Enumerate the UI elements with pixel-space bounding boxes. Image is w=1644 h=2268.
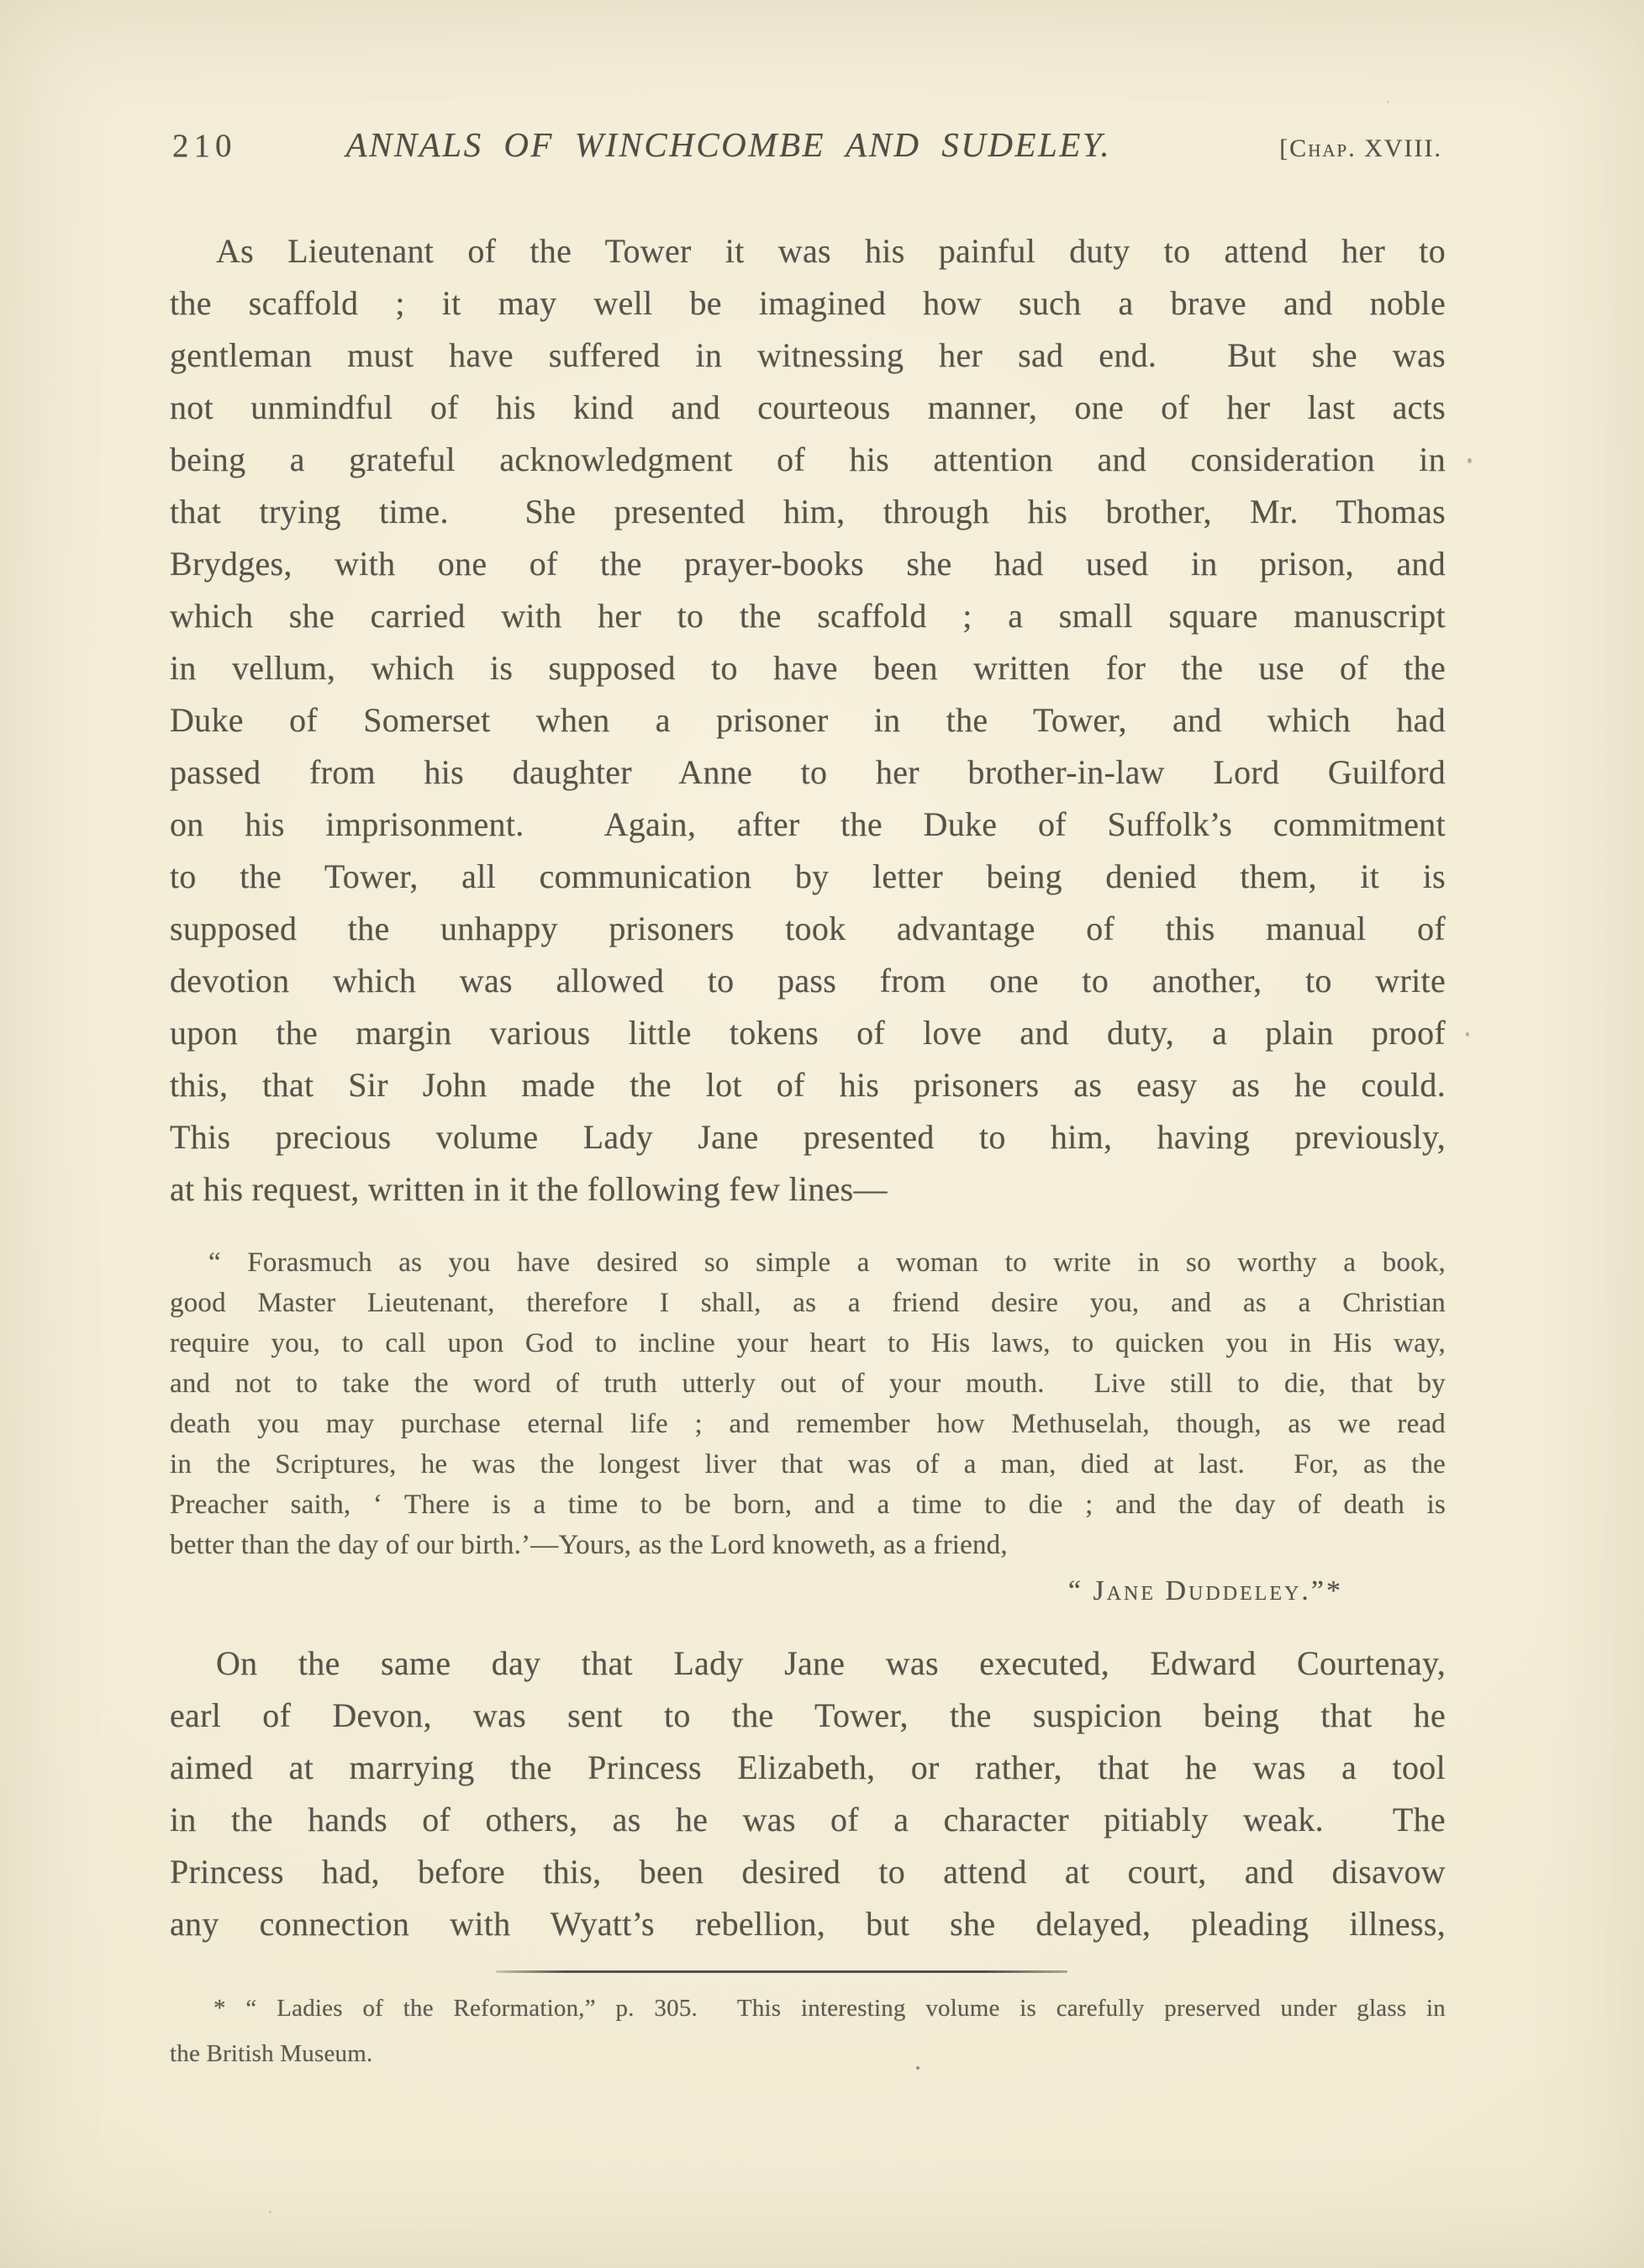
text-line: “ Forasmuch as you have desired so simpl… (170, 1242, 1446, 1283)
text-line: being a grateful acknowledgment of his a… (170, 434, 1446, 486)
text-line: any connection with Wyatt’s rebellion, b… (170, 1898, 1446, 1950)
paper-speck (269, 2211, 271, 2213)
text-line: better than the day of our birth.’—Yours… (170, 1525, 1446, 1565)
text-line: upon the margin various little tokens of… (170, 1007, 1446, 1059)
quotation-signature: “ Jane Duddeley.”* (170, 1575, 1446, 1607)
footnote: * “ Ladies of the Reformation,” p. 305. … (170, 1986, 1446, 2076)
text-line: that trying time. She presented him, thr… (170, 486, 1446, 538)
book-page: 210 ANNALS OF WINCHCOMBE AND SUDELEY. [C… (0, 0, 1644, 2268)
text-line: in the Scriptures, he was the longest li… (170, 1444, 1446, 1485)
text-line: earl of Devon, was sent to the Tower, th… (170, 1690, 1446, 1742)
running-head: 210 ANNALS OF WINCHCOMBE AND SUDELEY. [C… (172, 124, 1442, 165)
text-line: As Lieutenant of the Tower it was his pa… (170, 225, 1446, 277)
page-number: 210 (172, 127, 237, 165)
text-line: This precious volume Lady Jane presented… (170, 1111, 1446, 1163)
text-line: devotion which was allowed to pass from … (170, 955, 1446, 1007)
text-line: this, that Sir John made the lot of his … (170, 1059, 1446, 1111)
text-line: passed from his daughter Anne to her bro… (170, 746, 1446, 799)
text-line: and not to take the word of truth utterl… (170, 1363, 1446, 1404)
text-line: require you, to call upon God to incline… (170, 1323, 1446, 1363)
text-line: On the same day that Lady Jane was execu… (170, 1638, 1446, 1690)
text-line: death you may purchase eternal life ; an… (170, 1404, 1446, 1444)
paper-speck (1387, 101, 1389, 103)
text-line: in vellum, which is supposed to have bee… (170, 642, 1446, 694)
text-line: Preacher saith, ‘ There is a time to be … (170, 1485, 1446, 1525)
paragraph-2: On the same day that Lady Jane was execu… (170, 1638, 1446, 1950)
footnote-line: * “ Ladies of the Reformation,” p. 305. … (170, 1986, 1446, 2031)
chapter-label: [Chap. XVIII. (1279, 134, 1442, 163)
text-line: Duke of Somerset when a prisoner in the … (170, 694, 1446, 746)
quotation-block: “ Forasmuch as you have desired so simpl… (170, 1242, 1446, 1607)
text-line: supposed the unhappy prisoners took adva… (170, 903, 1446, 955)
text-line: on his imprisonment. Again, after the Du… (170, 799, 1446, 851)
text-line: which she carried with her to the scaffo… (170, 590, 1446, 642)
footnote-line: the British Museum. (170, 2031, 1446, 2076)
text-line: at his request, written in it the follow… (170, 1163, 1446, 1216)
book-title: ANNALS OF WINCHCOMBE AND SUDELEY. (237, 124, 1221, 165)
text-line: Princess had, before this, been desired … (170, 1846, 1446, 1898)
paper-speck (1466, 1032, 1469, 1036)
paragraph-1: As Lieutenant of the Tower it was his pa… (170, 225, 1446, 1216)
paper-speck (1467, 458, 1472, 463)
text-line: Brydges, with one of the prayer-books sh… (170, 538, 1446, 590)
text-line: in the hands of others, as he was of a c… (170, 1794, 1446, 1846)
footnote-rule (496, 1970, 1067, 1973)
text-line: good Master Lieutenant, therefore I shal… (170, 1283, 1446, 1323)
text-line: gentleman must have suffered in witnessi… (170, 330, 1446, 382)
text-line: the scaffold ; it may well be imagined h… (170, 277, 1446, 330)
paper-speck (916, 2066, 919, 2070)
text-line: aimed at marrying the Princess Elizabeth… (170, 1742, 1446, 1794)
text-line: not unmindful of his kind and courteous … (170, 382, 1446, 434)
text-line: to the Tower, all communication by lette… (170, 851, 1446, 903)
